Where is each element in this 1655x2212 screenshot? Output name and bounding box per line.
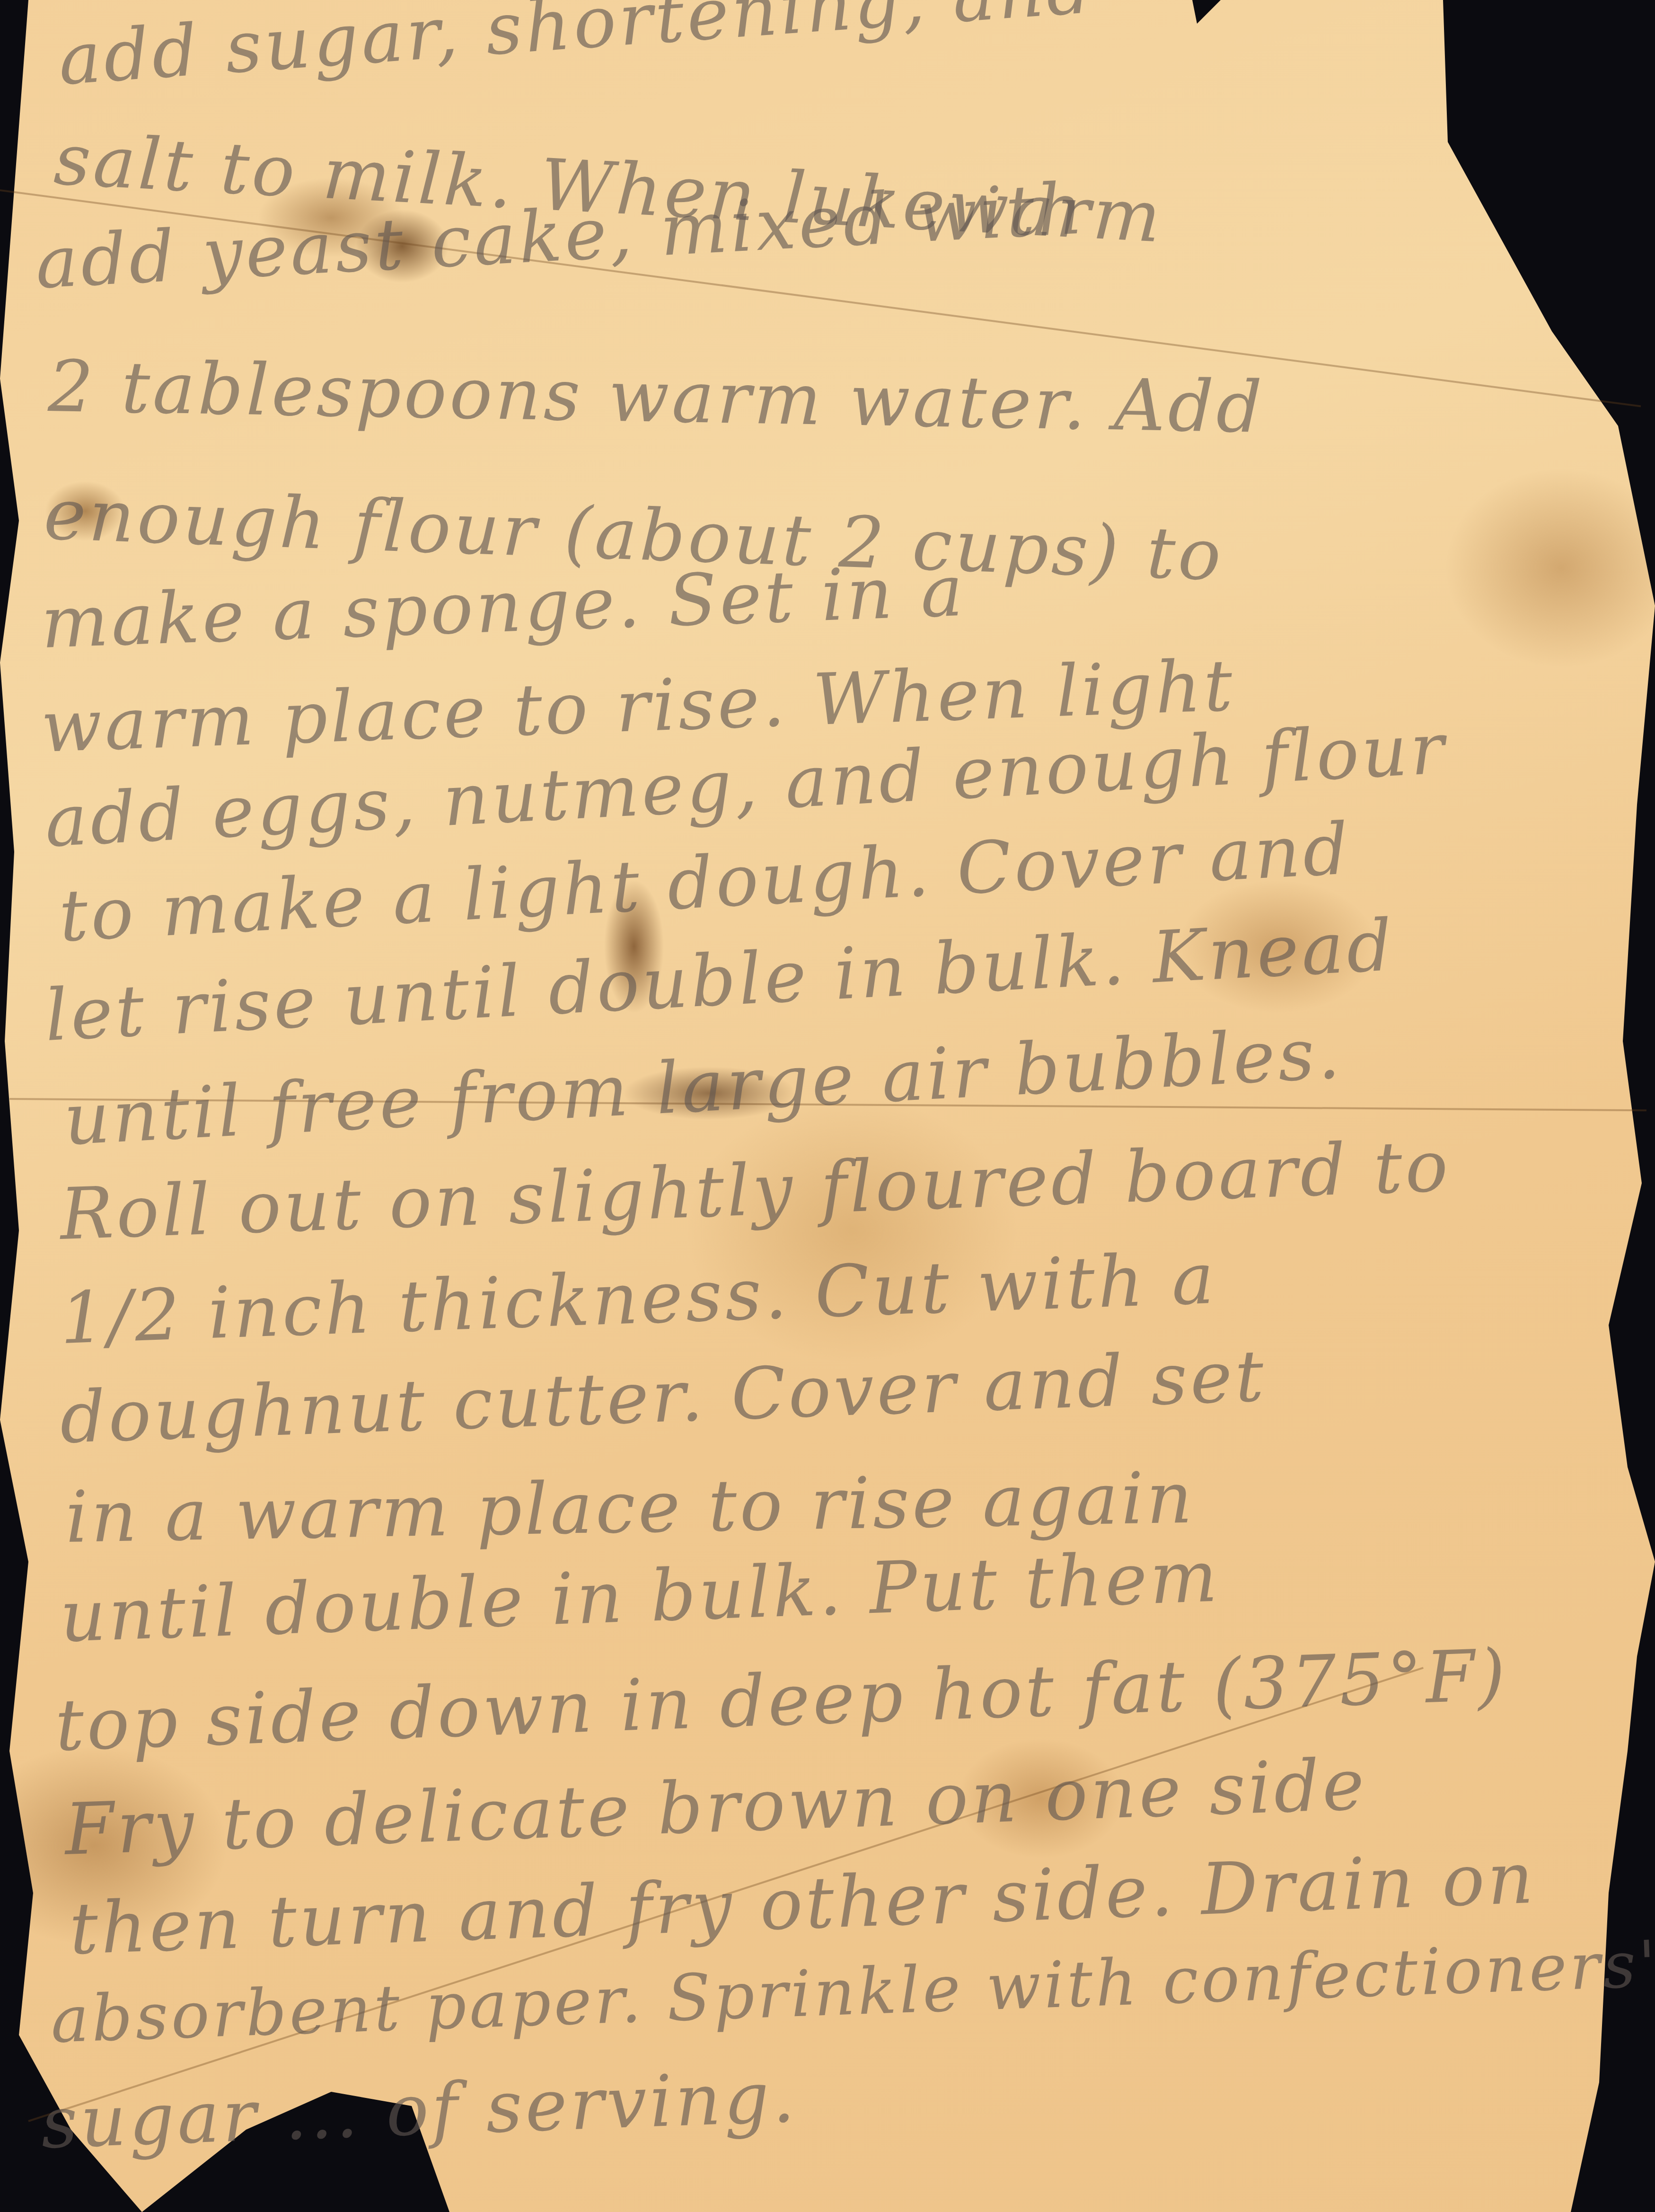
handwritten-text: add sugar, shortening, and salt to milk.… <box>0 0 1655 2212</box>
text-line: make a sponge. Set in a <box>40 550 967 664</box>
text-line: sugar ... of serving. <box>40 2056 799 2165</box>
text-line: 2 tablespoons warm water. Add <box>47 345 1265 449</box>
text-line: add sugar, shortening, and <box>56 0 1097 101</box>
text-line: 1/2 inch thickness. Cut with a <box>59 1238 1218 1360</box>
